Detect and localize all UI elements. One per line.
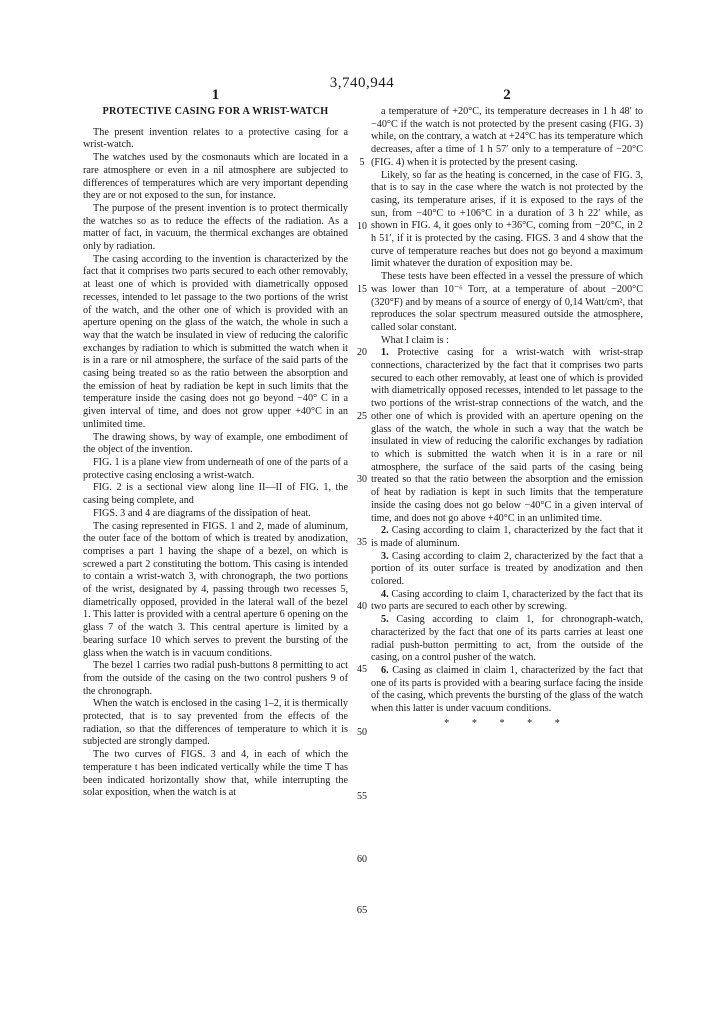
claim-number: 4. <box>381 589 389 600</box>
line-number: 25 <box>355 411 369 422</box>
paragraph: The present invention relates to a prote… <box>83 127 348 152</box>
line-number: 20 <box>355 347 369 358</box>
claim-text: Protective casing for a wrist-watch with… <box>371 347 643 523</box>
line-number: 10 <box>355 221 369 232</box>
line-number: 55 <box>355 791 369 802</box>
paragraph: Likely, so far as the heating is concern… <box>371 170 643 272</box>
line-number: 5 <box>355 157 369 168</box>
line-number: 35 <box>355 537 369 548</box>
line-number: 40 <box>355 601 369 612</box>
line-number: 60 <box>355 854 369 865</box>
paragraph: The bezel 1 carries two radial push-butt… <box>83 660 348 698</box>
claim-text: Casing according to claim 1, for chronog… <box>371 614 643 663</box>
paragraph: FIG. 1 is a plane view from underneath o… <box>83 457 348 482</box>
claim-5: 5. Casing according to claim 1, for chro… <box>371 614 643 665</box>
paragraph: The drawing shows, by way of example, on… <box>83 432 348 457</box>
claim-text: Casing as claimed in claim 1, characteri… <box>371 665 643 714</box>
document-title: PROTECTIVE CASING FOR A WRIST-WATCH <box>83 106 348 119</box>
claim-6: 6. Casing as claimed in claim 1, charact… <box>371 665 643 716</box>
footer-line-number: 65 <box>0 905 724 916</box>
claim-number: 2. <box>381 525 389 536</box>
paragraph: The casing represented in FIGS. 1 and 2,… <box>83 521 348 661</box>
paragraph: These tests have been effected in a vess… <box>371 271 643 335</box>
line-number: 45 <box>355 664 369 675</box>
claim-number: 5. <box>381 614 389 625</box>
line-number: 30 <box>355 474 369 485</box>
paragraph: The two curves of FIGS. 3 and 4, in each… <box>83 749 348 800</box>
column-number-left: 1 <box>83 88 348 102</box>
paragraph: FIGS. 3 and 4 are diagrams of the dissip… <box>83 508 348 521</box>
paragraph: When the watch is enclosed in the casing… <box>83 698 348 749</box>
end-mark: * * * * * <box>371 718 643 731</box>
paragraph: The casing according to the invention is… <box>83 254 348 432</box>
line-number: 50 <box>355 727 369 738</box>
claim-2: 2. Casing according to claim 1, characte… <box>371 525 643 550</box>
claim-text: Casing according to claim 2, characteriz… <box>371 551 643 587</box>
claim-text: Casing according to claim 1, characteriz… <box>371 525 643 549</box>
claim-number: 1. <box>381 347 389 358</box>
claims-intro: What I claim is : <box>371 335 643 348</box>
claim-4: 4. Casing according to claim 1, characte… <box>371 589 643 614</box>
paragraph: The purpose of the present invention is … <box>83 203 348 254</box>
claim-text: Casing according to claim 1, characteriz… <box>371 589 643 613</box>
claim-3: 3. Casing according to claim 2, characte… <box>371 551 643 589</box>
claim-1: 1. Protective casing for a wrist-watch w… <box>371 347 643 525</box>
left-column: 1 PROTECTIVE CASING FOR A WRIST-WATCH Th… <box>83 88 348 800</box>
line-number: 15 <box>355 284 369 295</box>
claim-number: 6. <box>381 665 389 676</box>
right-column: 2 a temperature of +20°C, its temperatur… <box>371 88 643 730</box>
paragraph: FIG. 2 is a sectional view along line II… <box>83 482 348 507</box>
column-number-right: 2 <box>371 88 643 102</box>
paragraph: The watches used by the cosmonauts which… <box>83 152 348 203</box>
claim-number: 3. <box>381 551 389 562</box>
paragraph: a temperature of +20°C, its temperature … <box>371 106 643 170</box>
